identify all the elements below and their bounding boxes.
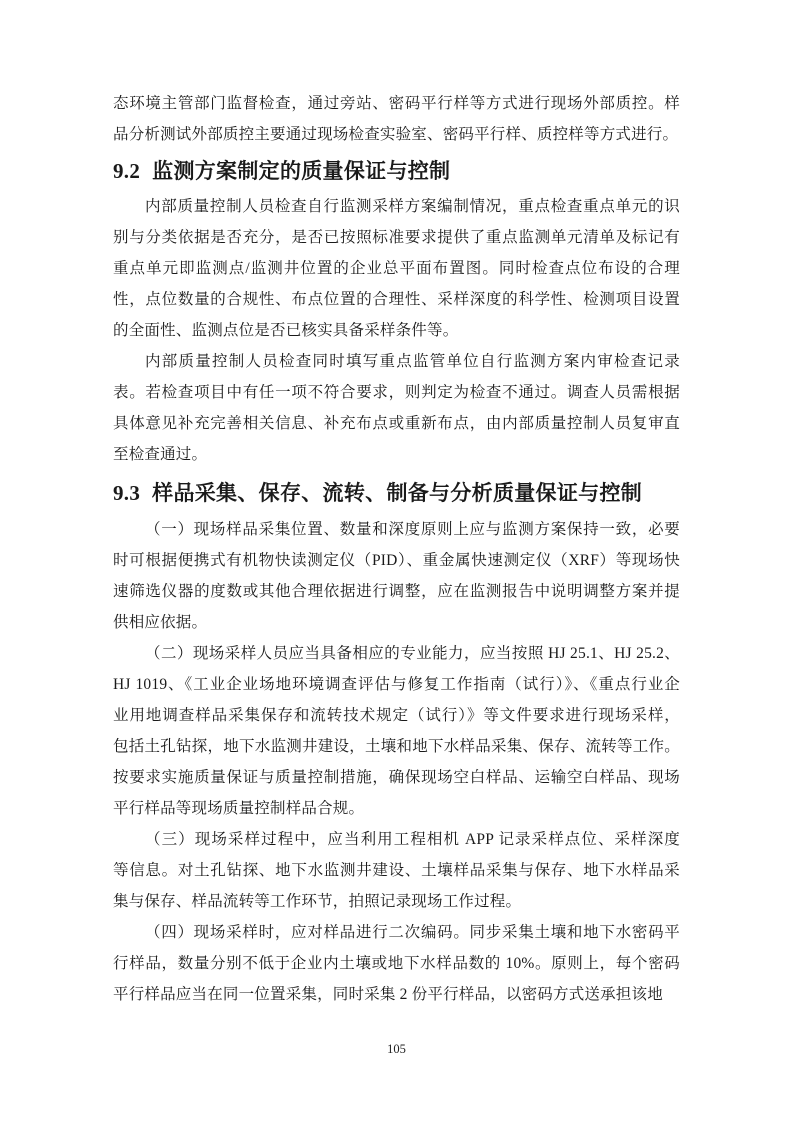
text-line: （三）现场采样过程中，应当利用工程相机 APP 记录采样点位、采样深度 [113,824,680,855]
text-line: （二）现场采样人员应当具备相应的专业能力，应当按照 HJ 25.1、HJ 25.… [113,638,680,669]
text-line: 等信息。对土孔钻探、地下水监测井建设、土壤样品采集与保存、地下水样品采 [113,855,680,886]
paragraph: （二）现场采样人员应当具备相应的专业能力，应当按照 HJ 25.1、HJ 25.… [113,638,680,824]
text-line: 时可根据便携式有机物快读测定仪（PID）、重金属快速测定仪（XRF）等现场快 [113,545,680,576]
text-line: 集与保存、样品流转等工作环节，拍照记录现场工作过程。 [113,886,680,917]
text-line: （一）现场样品采集位置、数量和深度原则上应与监测方案保持一致，必要 [113,514,680,545]
paragraph: 内部质量控制人员检查自行监测采样方案编制情况，重点检查重点单元的识别与分类依据是… [113,191,680,346]
section-heading: 9.3样品采集、保存、流转、制备与分析质量保证与控制 [113,479,680,507]
section-number: 9.2 [113,159,140,183]
text-line: 平行样品等现场质量控制样品合规。 [113,793,680,824]
section-title: 监测方案制定的质量保证与控制 [152,159,450,183]
section-number: 9.3 [113,481,140,505]
text-line: 至检查通过。 [113,439,680,470]
document-content: 态环境主管部门监督检查，通过旁站、密码平行样等方式进行现场外部质控。样品分析测试… [113,88,680,1010]
section-heading: 9.2监测方案制定的质量保证与控制 [113,157,680,185]
section-title: 样品采集、保存、流转、制备与分析质量保证与控制 [152,481,642,505]
text-line: 态环境主管部门监督检查，通过旁站、密码平行样等方式进行现场外部质控。样 [113,88,680,119]
text-line: 行样品，数量分别不低于企业内土壤或地下水样品数的 10%。原则上，每个密码 [113,948,680,979]
text-line: HJ 1019、《工业企业场地环境调查评估与修复工作指南（试行）》、《重点行业企 [113,669,680,700]
paragraph: （三）现场采样过程中，应当利用工程相机 APP 记录采样点位、采样深度等信息。对… [113,824,680,917]
text-line: 业用地调查样品采集保存和流转技术规定（试行）》等文件要求进行现场采样， [113,700,680,731]
text-line: 重点单元即监测点/监测井位置的企业总平面布置图。同时检查点位布设的合理 [113,253,680,284]
text-line: 性，点位数量的合规性、布点位置的合理性、采样深度的科学性、检测项目设置 [113,284,680,315]
text-line: 平行样品应当在同一位置采集，同时采集 2 份平行样品，以密码方式送承担该地 [113,979,680,1010]
text-line: 内部质量控制人员检查自行监测采样方案编制情况，重点检查重点单元的识 [113,191,680,222]
paragraph: （一）现场样品采集位置、数量和深度原则上应与监测方案保持一致，必要时可根据便携式… [113,514,680,638]
paragraph: 态环境主管部门监督检查，通过旁站、密码平行样等方式进行现场外部质控。样品分析测试… [113,88,680,150]
paragraph: 内部质量控制人员检查同时填写重点监管单位自行监测方案内审检查记录表。若检查项目中… [113,346,680,470]
text-line: 内部质量控制人员检查同时填写重点监管单位自行监测方案内审检查记录 [113,346,680,377]
text-line: 别与分类依据是否充分，是否已按照标准要求提供了重点监测单元清单及标记有 [113,222,680,253]
text-line: 品分析测试外部质控主要通过现场检查实验室、密码平行样、质控样等方式进行。 [113,119,680,150]
text-line: 供相应依据。 [113,607,680,638]
text-line: 的全面性、监测点位是否已核实具备采样条件等。 [113,315,680,346]
page-number: 105 [0,1042,793,1057]
text-line: 包括土孔钻探，地下水监测井建设，土壤和地下水样品采集、保存、流转等工作。 [113,731,680,762]
text-line: 按要求实施质量保证与质量控制措施，确保现场空白样品、运输空白样品、现场 [113,762,680,793]
text-line: （四）现场采样时，应对样品进行二次编码。同步采集土壤和地下水密码平 [113,917,680,948]
document-page: 态环境主管部门监督检查，通过旁站、密码平行样等方式进行现场外部质控。样品分析测试… [0,0,793,1122]
paragraph: （四）现场采样时，应对样品进行二次编码。同步采集土壤和地下水密码平行样品，数量分… [113,917,680,1010]
text-line: 表。若检查项目中有任一项不符合要求，则判定为检查不通过。调查人员需根据 [113,377,680,408]
text-line: 具体意见补充完善相关信息、补充布点或重新布点，由内部质量控制人员复审直 [113,408,680,439]
text-line: 速筛选仪器的度数或其他合理依据进行调整，应在监测报告中说明调整方案并提 [113,576,680,607]
